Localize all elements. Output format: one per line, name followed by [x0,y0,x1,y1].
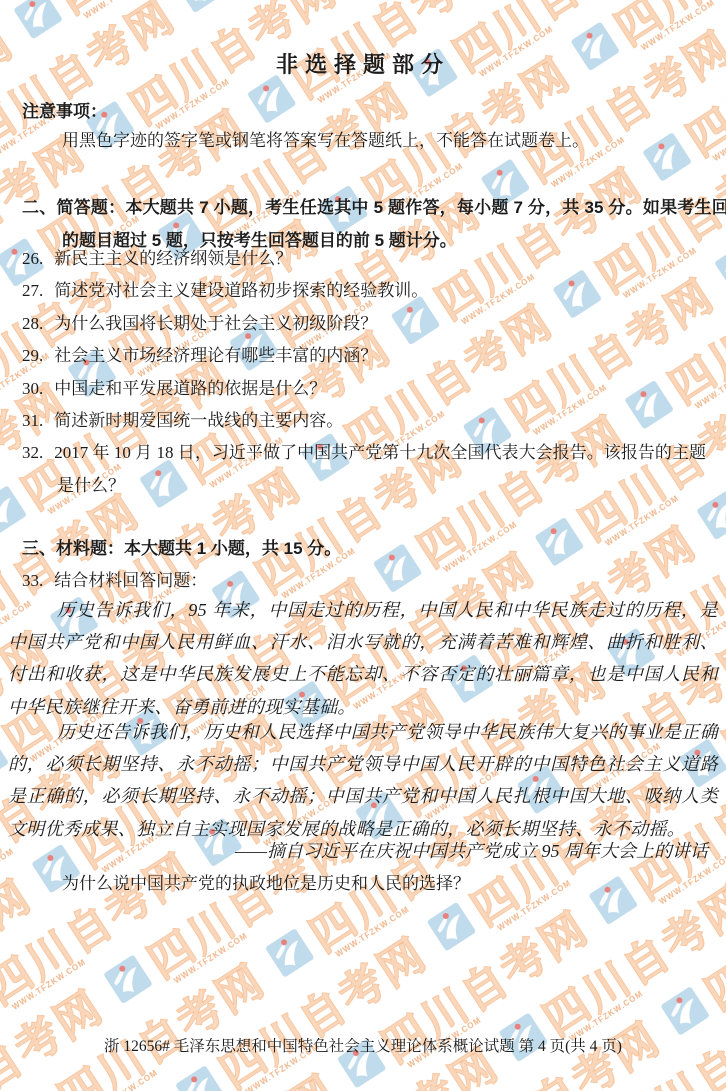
question-number: 28. [22,314,54,333]
question-text: 社会主义市场经济理论有哪些丰富的内涵？ [54,346,377,365]
question-27: 27.简述党对社会主义建设道路初步探索的经验教训。 [22,275,706,307]
question-number: 30. [22,379,54,398]
question-26: 26.新民主主义的经济纲领是什么？ [22,243,706,275]
question-31: 31.简述新时期爱国统一战线的主要内容。 [22,405,706,437]
question-text: 2017 年 10 月 18 日，习近平做了中国共产党第十九次全国代表大会报告。… [54,443,706,494]
question-32: 32.2017 年 10 月 18 日，习近平做了中国共产党第十九次全国代表大会… [22,437,706,502]
question-text: 中国走和平发展道路的依据是什么？ [54,379,326,398]
question-number: 26. [22,249,54,268]
question-29: 29.社会主义市场经济理论有哪些丰富的内涵？ [22,340,706,372]
question-number: 29. [22,346,54,365]
question-text: 为什么我国将长期处于社会主义初级阶段？ [54,314,377,333]
material-paragraph-2: 历史还告诉我们，历史和人民选择中国共产党领导中华民族伟大复兴的事业是正确的，必须… [8,716,718,845]
material-attribution: ——摘自习近平在庆祝中国共产党成立 95 周年大会上的讲话 [8,835,722,867]
notice-body: 用黑色字迹的签字笔或钢笔将答案写在答题纸上，不能答在试题卷上。 [62,128,589,154]
question-30: 30.中国走和平发展道路的依据是什么？ [22,373,706,405]
short-answer-questions: 26.新民主主义的经济纲领是什么？ 27.简述党对社会主义建设道路初步探索的经验… [22,243,706,502]
question-33: 33.结合材料回答问题： [22,565,726,597]
question-number: 27. [22,281,54,300]
notice-label: 注意事项： [22,99,107,125]
question-text: 简述党对社会主义建设道路初步探索的经验教训。 [54,281,428,300]
material-heading: 三、材料题：本大题共 1 小题，共 15 分。 [22,533,706,566]
question-number: 32. [22,443,54,462]
material-paragraph-1: 历史告诉我们，95 年来，中国走过的历程，中国人民和中华民族走过的历程，是中国共… [8,594,718,723]
question-number: 31. [22,411,54,430]
question-text: 简述新时期爱国统一战线的主要内容。 [54,411,343,430]
question-28: 28.为什么我国将长期处于社会主义初级阶段？ [22,308,706,340]
question-text: 结合材料回答问题： [54,571,207,590]
question-number: 33. [22,571,54,590]
material-question: 为什么说中国共产党的执政地位是历史和人民的选择？ [62,868,470,900]
question-text: 新民主主义的经济纲领是什么？ [54,249,292,268]
section-title: 非选择题部分 [0,50,726,80]
exam-page: 四川自考网 WWW.TFZKW.COM 四川自考网 WWW.TFZKW.COM [0,0,726,1091]
page-footer: 浙 12656# 毛泽东思想和中国特色社会主义理论体系概论试题 第 4 页(共 … [0,1036,726,1058]
